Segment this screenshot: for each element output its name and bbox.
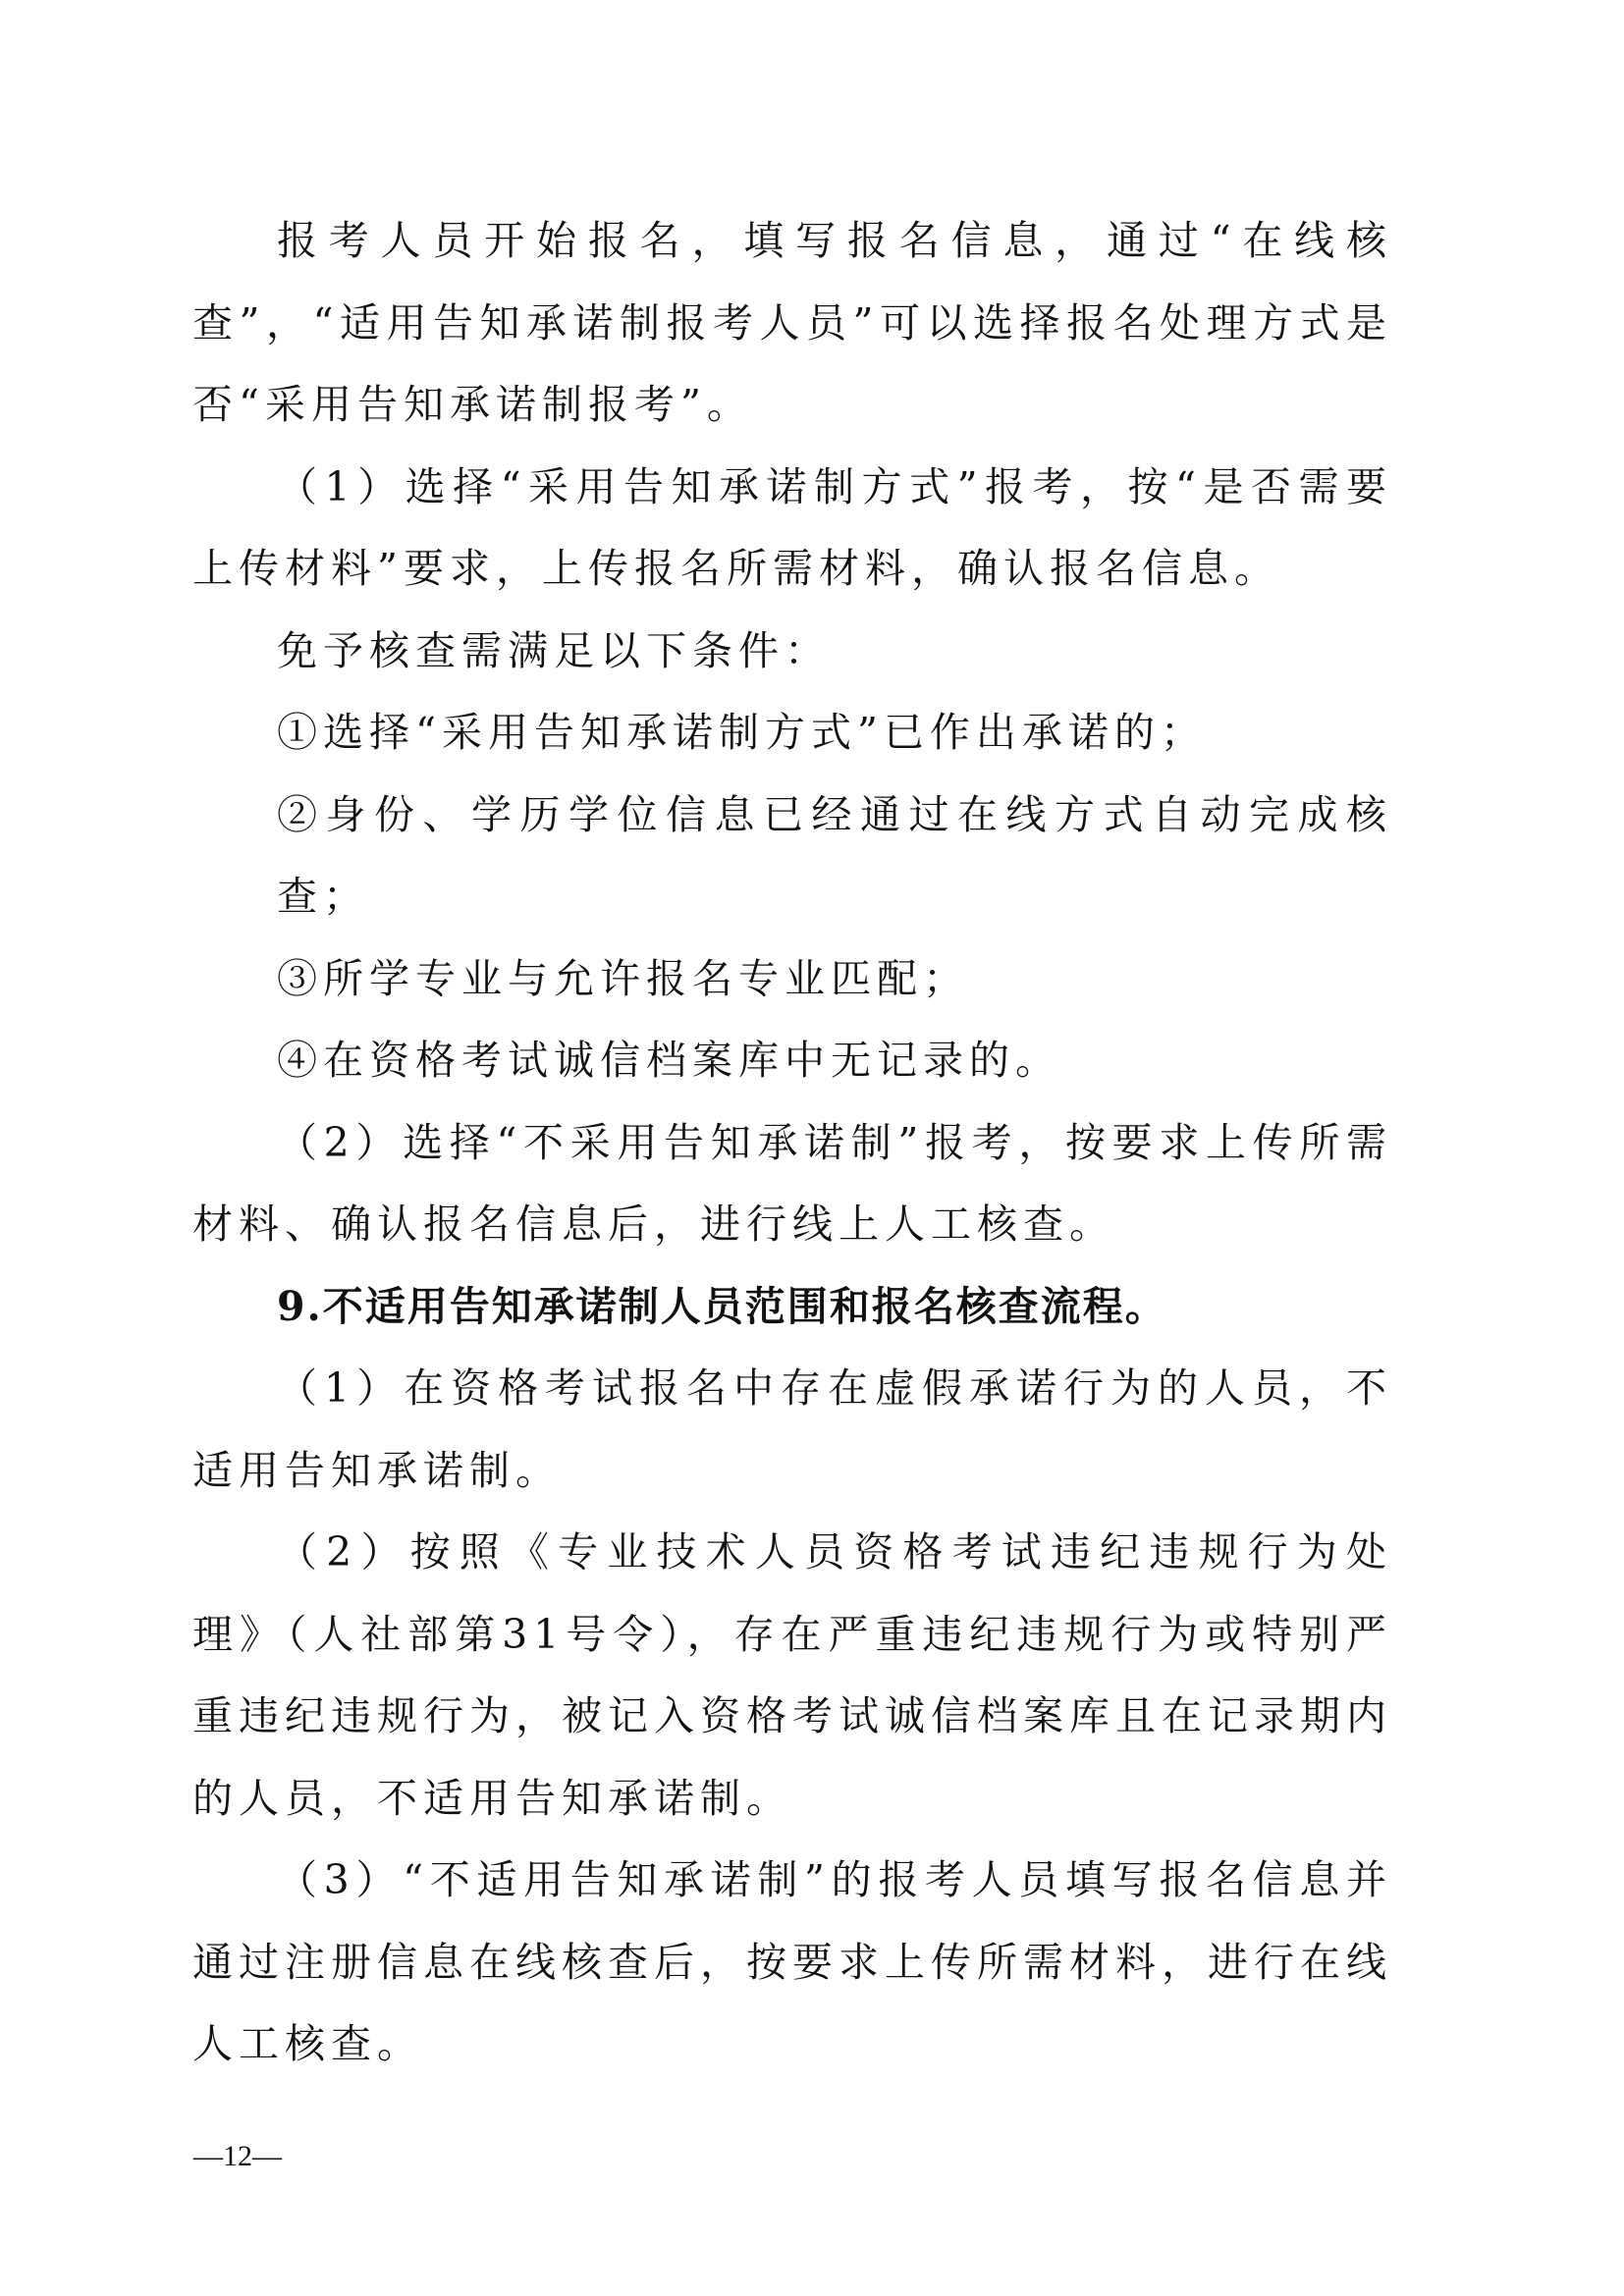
paragraph-false-commitment: （1）在资格考试报名中存在虚假承诺行为的人员，不适用告知承诺制。 (192, 1348, 1392, 1512)
paragraph-exemption-conditions: 免予核查需满足以下条件： (192, 611, 1392, 693)
paragraph-option-2-no-commitment: （2）选择“不采用告知承诺制”报考，按要求上传所需材料、确认报名信息后，进行线上… (192, 1102, 1392, 1266)
list-item-condition-1: ①选择“采用告知承诺制方式”已作出承诺的； (192, 692, 1392, 774)
page-number: —12— (193, 2140, 282, 2173)
document-page: 报考人员开始报名，填写报名信息，通过“在线核查”，“适用告知承诺制报考人员”可以… (192, 200, 1392, 2086)
list-item-condition-4: ④在资格考试诚信档案库中无记录的。 (192, 1020, 1392, 1102)
section-heading-9: 9.不适用告知承诺制人员范围和报名核查流程。 (192, 1266, 1392, 1349)
paragraph-registration-intro: 报考人员开始报名，填写报名信息，通过“在线核查”，“适用告知承诺制报考人员”可以… (192, 200, 1392, 447)
paragraph-option-1-commitment: （1）选择“采用告知承诺制方式”报考，按“是否需要上传材料”要求，上传报名所需材… (192, 447, 1392, 611)
list-item-condition-2: ②身份、学历学位信息已经通过在线方式自动完成核查； (192, 774, 1392, 938)
paragraph-non-applicable-process: （3）“不适用告知承诺制”的报考人员填写报名信息并通过注册信息在线核查后，按要求… (192, 1840, 1392, 2086)
paragraph-violation-rules: （2）按照《专业技术人员资格考试违纪违规行为处理》（人社部第31号令），存在严重… (192, 1512, 1392, 1840)
list-item-condition-3: ③所学专业与允许报名专业匹配； (192, 938, 1392, 1021)
